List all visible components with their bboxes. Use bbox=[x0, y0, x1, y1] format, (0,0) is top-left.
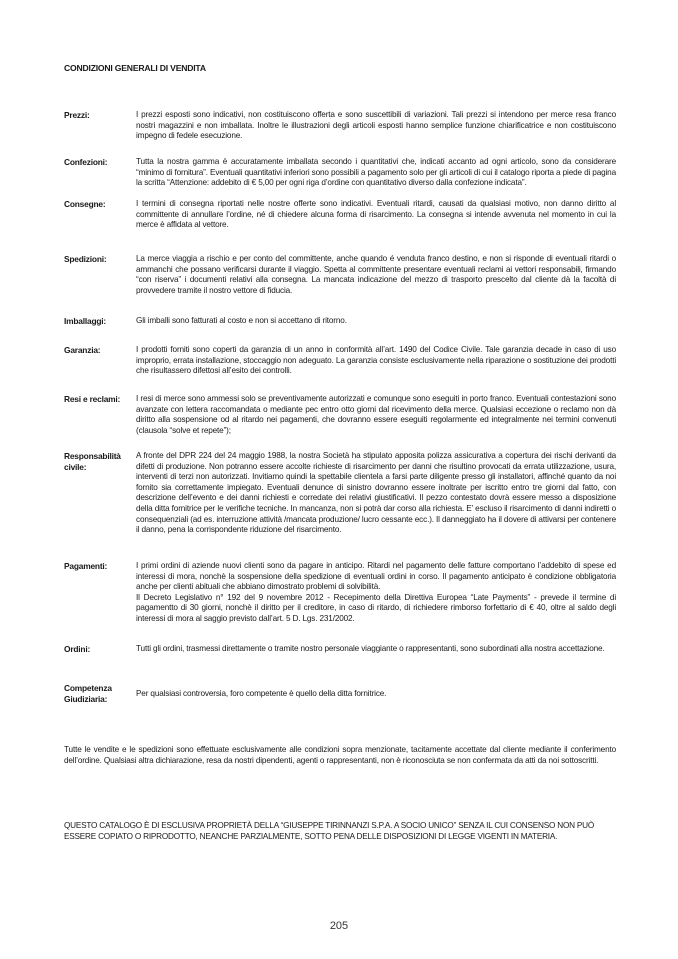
section-label: Garanzia: bbox=[64, 345, 136, 377]
section-spedizioni: Spedizioni: La merce viaggia a rischio e… bbox=[64, 254, 616, 296]
section-text: I termini di consegna riportati nelle no… bbox=[136, 199, 616, 231]
paragraph: Tutta la nostra gamma è accuratamente im… bbox=[136, 157, 616, 189]
copyright-notice: QUESTO CATALOGO È DI ESCLUSIVA PROPRIETÀ… bbox=[64, 821, 620, 843]
paragraph: A fronte del DPR 224 del 24 maggio 1988,… bbox=[136, 451, 616, 536]
section-label: Prezzi: bbox=[64, 110, 136, 142]
section-text: Per qualsiasi controversia, foro compete… bbox=[136, 683, 616, 704]
paragraph: Gli imballi sono fatturati al costo e no… bbox=[136, 316, 616, 327]
paragraph: Tutti gli ordini, trasmessi direttamente… bbox=[136, 644, 616, 655]
section-text: Tutti gli ordini, trasmessi direttamente… bbox=[136, 644, 616, 655]
section-ordini: Ordini: Tutti gli ordini, trasmessi dire… bbox=[64, 644, 616, 655]
paragraph: La merce viaggia a rischio e per conto d… bbox=[136, 254, 616, 296]
section-label: Consegne: bbox=[64, 199, 136, 231]
section-label: Competenza Giudiziaria: bbox=[64, 683, 136, 704]
paragraph: I prezzi esposti sono indicativi, non co… bbox=[136, 110, 616, 142]
paragraph: I termini di consegna riportati nelle no… bbox=[136, 199, 616, 231]
section-resi-reclami: Resi e reclami: I resi di merce sono amm… bbox=[64, 394, 616, 436]
section-competenza-giudiziaria: Competenza Giudiziaria: Per qualsiasi co… bbox=[64, 683, 616, 704]
section-label: Resi e reclami: bbox=[64, 394, 136, 436]
section-pagamenti: Pagamenti: I primi ordini di aziende nuo… bbox=[64, 561, 616, 625]
section-label: Imballaggi: bbox=[64, 316, 136, 327]
paragraph: I resi di merce sono ammessi solo se pre… bbox=[136, 394, 616, 436]
page-title: CONDIZIONI GENERALI DI VENDITA bbox=[64, 63, 206, 73]
section-text: I prodotti forniti sono coperti da garan… bbox=[136, 345, 616, 377]
section-label: Confezioni: bbox=[64, 157, 136, 189]
section-confezioni: Confezioni: Tutta la nostra gamma è accu… bbox=[64, 157, 616, 189]
section-responsabilita-civile: Responsabilità civile: A fronte del DPR … bbox=[64, 451, 616, 536]
section-text: I primi ordini di aziende nuovi clienti … bbox=[136, 561, 616, 625]
section-label: Pagamenti: bbox=[64, 561, 136, 625]
section-label: Ordini: bbox=[64, 644, 136, 655]
section-imballaggi: Imballaggi: Gli imballi sono fatturati a… bbox=[64, 316, 616, 327]
paragraph: I prodotti forniti sono coperti da garan… bbox=[136, 345, 616, 377]
page-number: 205 bbox=[0, 920, 678, 932]
section-text: I resi di merce sono ammessi solo se pre… bbox=[136, 394, 616, 436]
section-text: A fronte del DPR 224 del 24 maggio 1988,… bbox=[136, 451, 616, 536]
footer-text: Tutte le vendite e le spedizioni sono ef… bbox=[64, 745, 616, 766]
section-label: Spedizioni: bbox=[64, 254, 136, 296]
section-text: Gli imballi sono fatturati al costo e no… bbox=[136, 316, 616, 327]
section-text: I prezzi esposti sono indicativi, non co… bbox=[136, 110, 616, 142]
section-prezzi: Prezzi: I prezzi esposti sono indicativi… bbox=[64, 110, 616, 142]
section-consegne: Consegne: I termini di consegna riportat… bbox=[64, 199, 616, 231]
section-label: Responsabilità civile: bbox=[64, 451, 136, 536]
section-garanzia: Garanzia: I prodotti forniti sono copert… bbox=[64, 345, 616, 377]
paragraph: Per qualsiasi controversia, foro compete… bbox=[136, 689, 616, 700]
section-text: Tutta la nostra gamma è accuratamente im… bbox=[136, 157, 616, 189]
paragraph: Il Decreto Legislativo n° 192 del 9 nove… bbox=[136, 593, 616, 625]
section-text: La merce viaggia a rischio e per conto d… bbox=[136, 254, 616, 296]
paragraph: I primi ordini di aziende nuovi clienti … bbox=[136, 561, 616, 593]
